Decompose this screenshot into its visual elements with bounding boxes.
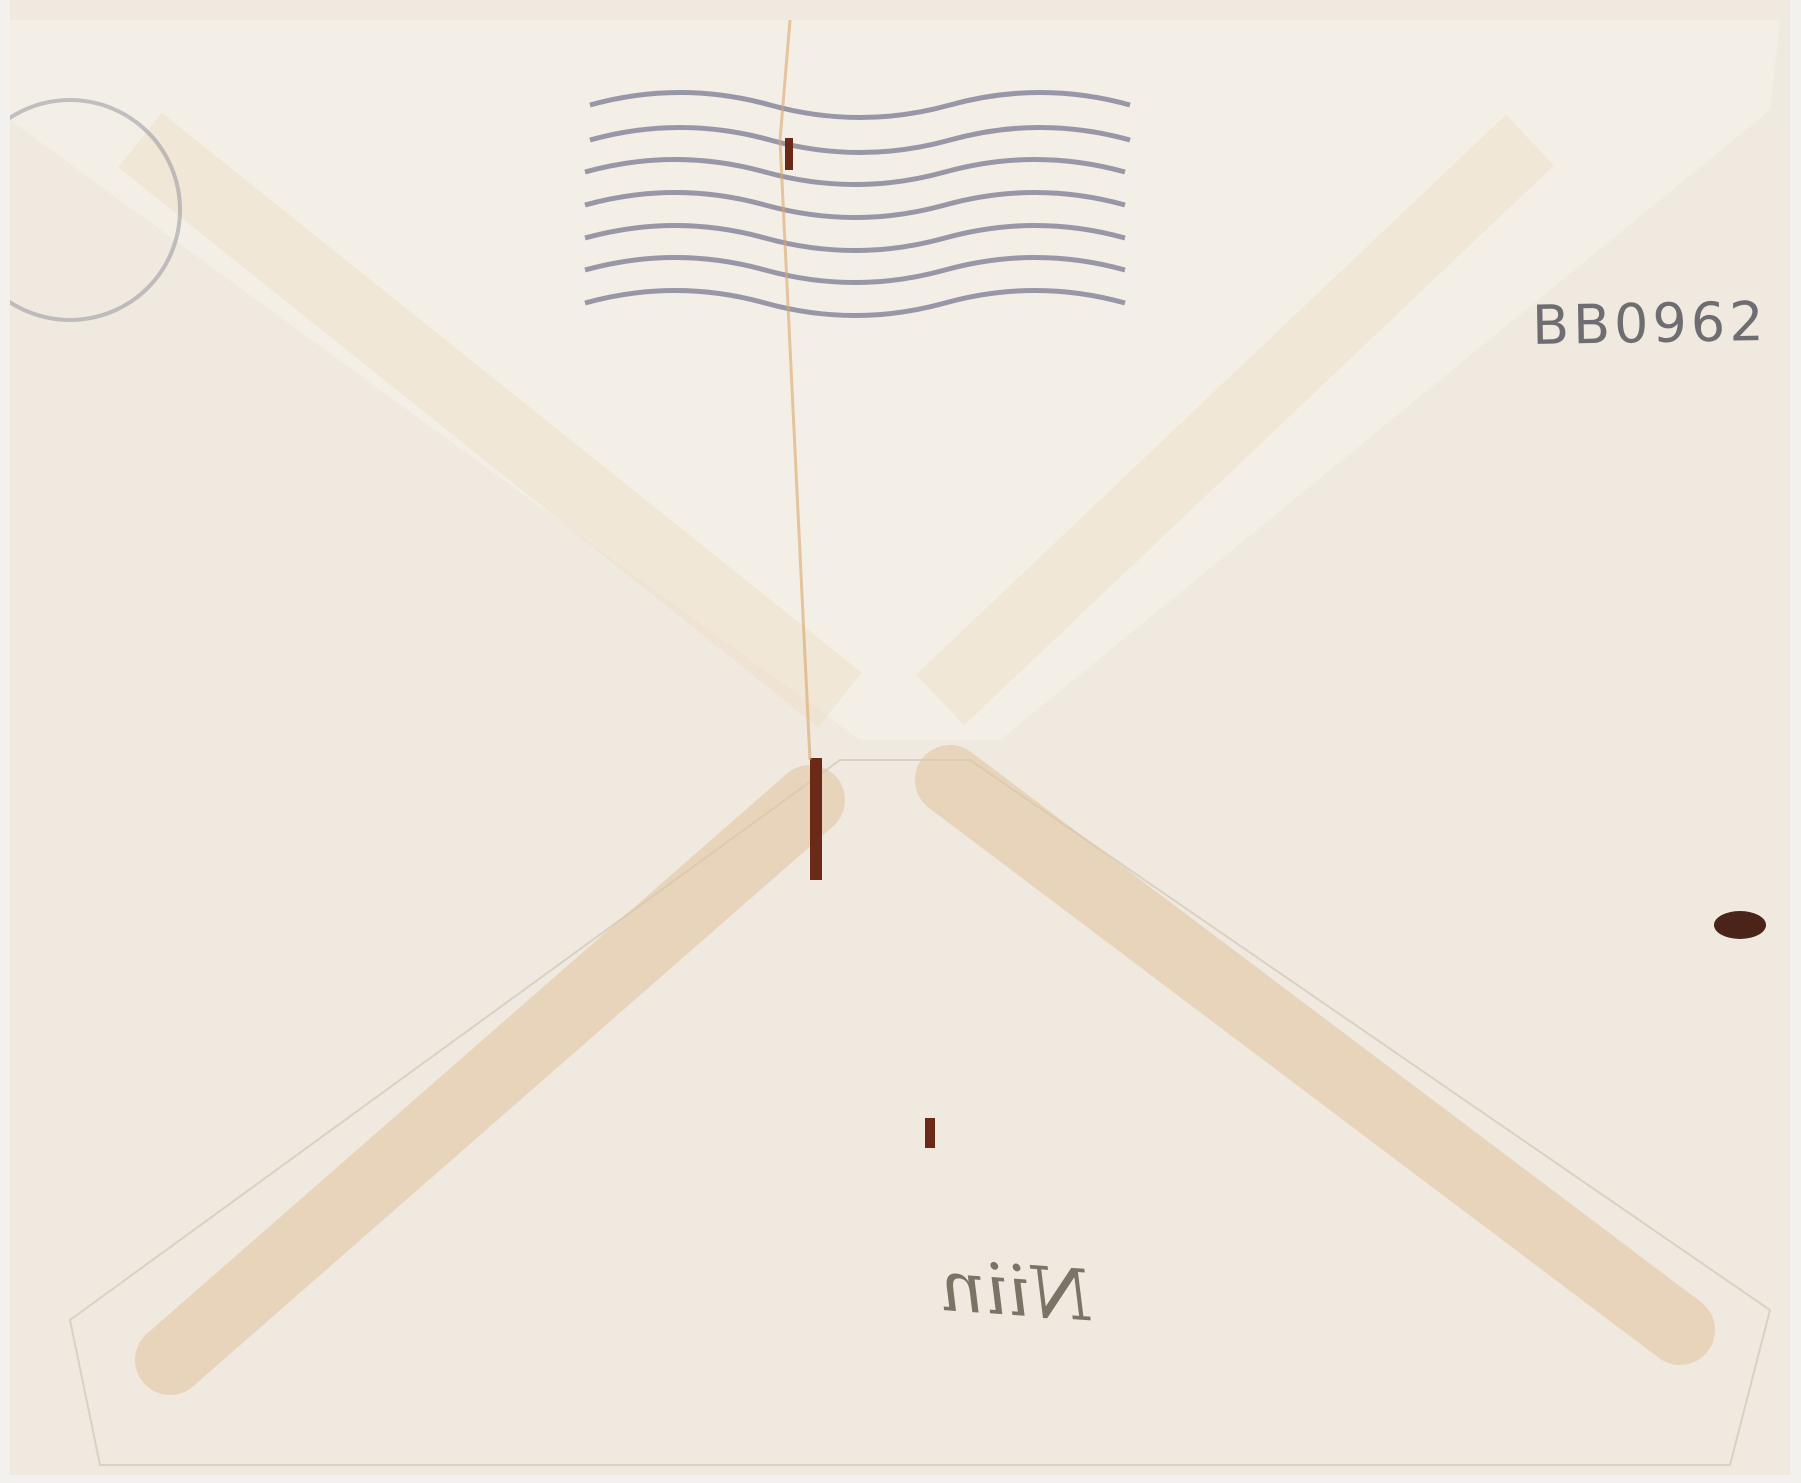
envelope-artwork	[10, 0, 1790, 1475]
rust-mark	[810, 758, 822, 880]
rust-mark	[925, 1118, 935, 1148]
burn-mark	[1714, 911, 1766, 939]
bottom-flap	[70, 760, 1770, 1465]
signature: Niin	[937, 1245, 1093, 1337]
pencil-reference: BB0962	[1531, 290, 1768, 357]
envelope-back: BB0962 Niin	[10, 0, 1790, 1475]
rust-mark	[785, 138, 793, 170]
